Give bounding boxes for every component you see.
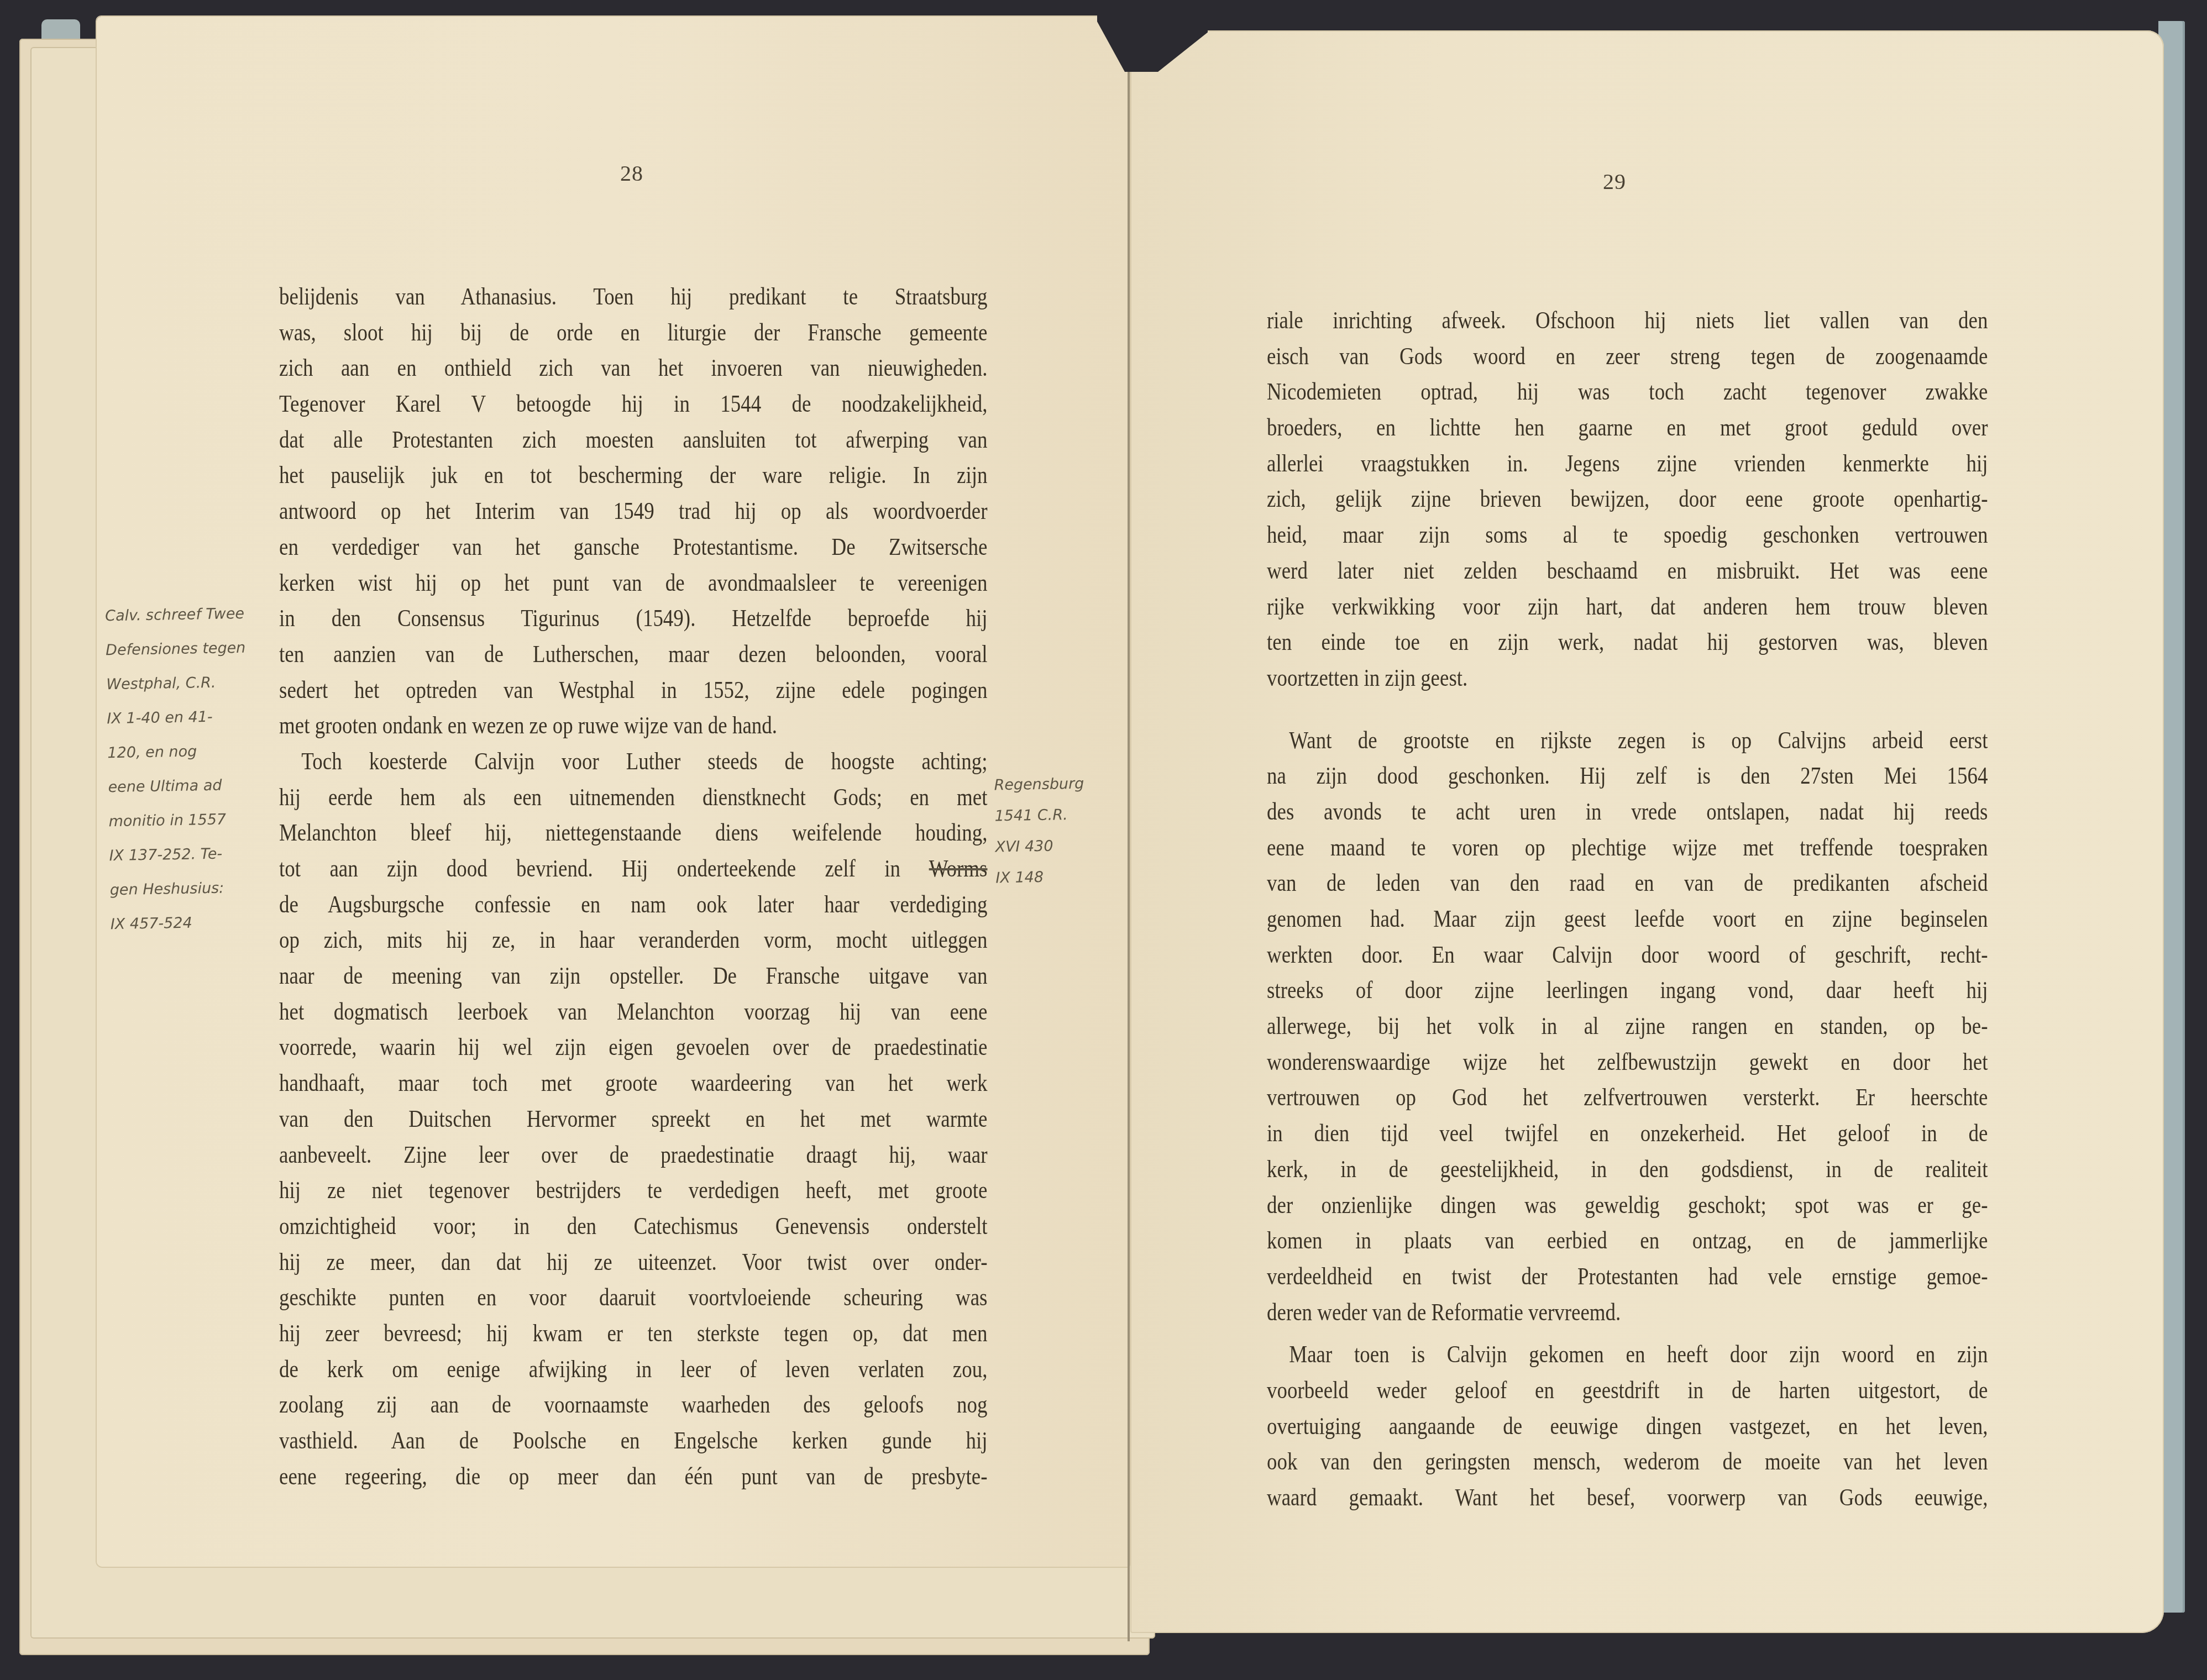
text-line: eene regeering, die op meer dan één punt… bbox=[279, 1459, 987, 1495]
text-line: hij ze niet tegenover bestrijders te ver… bbox=[279, 1173, 987, 1209]
handwritten-margin-note-left: Calv. schreef TweeDefensiones tegenWestp… bbox=[105, 597, 251, 942]
text-line: en verdediger van het gansche Protestant… bbox=[279, 529, 987, 565]
text-line: Tegenover Karel V betoogde hij in 1544 d… bbox=[279, 386, 987, 422]
text-line: vasthield. Aan de Poolsche en Engelsche … bbox=[279, 1423, 987, 1459]
left-page-text: belijdenis van Athanasius. Toen hij pred… bbox=[279, 279, 988, 1494]
text-line: voortzetten in zijn geest. bbox=[1267, 660, 1988, 696]
cover-edge-left bbox=[41, 19, 80, 41]
handwritten-line: Defensiones tegen bbox=[106, 631, 246, 668]
text-line: op zich, mits hij ze, in haar veranderde… bbox=[279, 922, 987, 958]
handwritten-line: IX 457-524 bbox=[110, 905, 250, 942]
handwritten-line: Regensburg bbox=[994, 769, 1084, 801]
text-line: riale inrichting afweek. Ofschoon hij ni… bbox=[1267, 303, 1988, 339]
text-line: vertrouwen op God het zelfvertrouwen ver… bbox=[1267, 1080, 1988, 1116]
text-line: ten aanzien van de Lutherschen, maar dez… bbox=[279, 637, 987, 673]
text-line: tot aan zijn dood bevriend. Hij ondertee… bbox=[279, 851, 987, 887]
text-line: Toch koesterde Calvijn voor Luther steed… bbox=[279, 744, 987, 780]
page-number-right: 29 bbox=[1603, 169, 1626, 195]
text-line: allerwege, bij het volk in al zijne rang… bbox=[1267, 1009, 1988, 1044]
handwritten-line: gen Heshusius: bbox=[109, 871, 250, 907]
text-line: sedert het optreden van Westphal in 1552… bbox=[279, 673, 987, 708]
text-line: geschikte punten en voor daaruit voortvl… bbox=[279, 1280, 987, 1316]
text-line: zoolang zij aan de voornaamste waarheden… bbox=[279, 1387, 987, 1423]
text-line: belijdenis van Athanasius. Toen hij pred… bbox=[279, 279, 987, 315]
book-gutter bbox=[1128, 50, 1130, 1641]
text-line: de Augsburgsche confessie en nam ook lat… bbox=[279, 887, 987, 923]
text-line: voorbeeld weder geloof en geestdrift in … bbox=[1267, 1373, 1988, 1409]
handwritten-line: 120, en nog bbox=[107, 734, 248, 770]
handwritten-line: monitio in 1557 bbox=[108, 802, 249, 839]
handwritten-line: IX 148 bbox=[995, 862, 1086, 894]
text-line: komen in plaats van eerbied en ontzag, e… bbox=[1267, 1223, 1988, 1259]
text-line: Melanchton bleef hij, niettegenstaande d… bbox=[279, 815, 987, 851]
text-line: in dien tijd veel twijfel en onzekerheid… bbox=[1267, 1116, 1988, 1152]
paragraph-gap bbox=[1267, 1330, 1988, 1337]
text-line: na zijn dood geschonken. Hij zelf is den… bbox=[1267, 758, 1988, 794]
text-line: van den Duitschen Hervormer spreekt en h… bbox=[279, 1101, 987, 1137]
text-line: deren weder van de Reformatie vervreemd. bbox=[1267, 1295, 1988, 1331]
text-line: verdeeldheid en twist der Protestanten h… bbox=[1267, 1259, 1988, 1295]
text-line: rijke verkwikking voor zijn hart, dat an… bbox=[1267, 589, 1988, 625]
text-line: Want de grootste en rijkste zegen is op … bbox=[1267, 723, 1988, 759]
text-line: hij ze meer, dan dat hij ze uiteenzet. V… bbox=[279, 1245, 987, 1280]
text-line: Maar toen is Calvijn gekomen en heeft do… bbox=[1267, 1337, 1988, 1373]
text-line: wonderenswaardige wijze het zelfbewustzi… bbox=[1267, 1044, 1988, 1080]
handwritten-line: Westphal, C.R. bbox=[106, 665, 247, 702]
handwritten-line: Calv. schreef Twee bbox=[105, 597, 245, 633]
text-line: allerlei vraagstukken in. Jegens zijne v… bbox=[1267, 446, 1988, 482]
text-line: met grooten ondank en wezen ze op ruwe w… bbox=[279, 708, 987, 744]
text-line: handhaaft, maar toch met groote waardeer… bbox=[279, 1065, 987, 1101]
text-line: waard gemaakt. Want het besef, voorwerp … bbox=[1267, 1480, 1988, 1516]
text-line: van de leden van den raad en van de pred… bbox=[1267, 865, 1988, 901]
handwritten-line: 1541 C.R. bbox=[994, 800, 1085, 832]
text-line: ook van den geringsten mensch, wederom d… bbox=[1267, 1444, 1988, 1480]
text-line: werkten door. En waar Calvijn door woord… bbox=[1267, 937, 1988, 973]
handwritten-line: eene Ultima ad bbox=[108, 768, 248, 805]
text-line: de kerk om eenige afwijking in leer of l… bbox=[279, 1352, 987, 1388]
text-line: werd later niet zelden beschaamd en misb… bbox=[1267, 553, 1988, 589]
handwritten-line: IX 137-252. Te- bbox=[109, 837, 249, 873]
text-line: het dogmatisch leerboek van Melanchton v… bbox=[279, 994, 987, 1030]
text-line: eene maand te voren op plechtige wijze m… bbox=[1267, 830, 1988, 866]
text-line: ten einde toe en zijn werk, nadat hij ge… bbox=[1267, 624, 1988, 660]
text-line: antwoord op het Interim van 1549 trad hi… bbox=[279, 494, 987, 529]
struck-word: Worms bbox=[929, 855, 988, 882]
text-line: hij zeer bevreesd; hij kwam er ten sterk… bbox=[279, 1316, 987, 1352]
text-line: omzichtigheid voor; in den Catechismus G… bbox=[279, 1209, 987, 1245]
text-line: zich, gelijk zijne brieven bewijzen, doo… bbox=[1267, 481, 1988, 517]
text-line: heid, maar zijn soms al te spoedig gesch… bbox=[1267, 517, 1988, 553]
text-line: broeders, en lichtte hen gaarne en met g… bbox=[1267, 410, 1988, 446]
handwritten-line: IX 1-40 en 41- bbox=[107, 700, 247, 736]
text-line: het pauselijk juk en tot bescherming der… bbox=[279, 458, 987, 494]
text-line: kerken wist hij op het punt van de avond… bbox=[279, 565, 987, 601]
text-line: des avonds te acht uren in vrede ontslap… bbox=[1267, 794, 1988, 830]
text-line: zich aan en onthield zich van het invoer… bbox=[279, 350, 987, 386]
text-line: der onzienlijke dingen was geweldig gesc… bbox=[1267, 1188, 1988, 1224]
text-line: naar de meening van zijn opsteller. De F… bbox=[279, 958, 987, 994]
text-line: in den Consensus Tigurinus (1549). Hetze… bbox=[279, 601, 987, 637]
text-line: overtuiging aangaande de eeuwige dingen … bbox=[1267, 1409, 1988, 1445]
handwritten-margin-note-right: Regensburg1541 C.R.XVI 430IX 148 bbox=[994, 769, 1086, 894]
text-line: was, sloot hij bij de orde en liturgie d… bbox=[279, 315, 987, 351]
paragraph-gap bbox=[1267, 696, 1988, 723]
text-line: eisch van Gods woord en zeer streng tege… bbox=[1267, 339, 1988, 375]
right-page-text: riale inrichting afweek. Ofschoon hij ni… bbox=[1267, 303, 1988, 1516]
text-line: streeks of door zijne leerlingen ingang … bbox=[1267, 973, 1988, 1009]
text-line: voorrede, waarin hij wel zijn eigen gevo… bbox=[279, 1030, 987, 1065]
text-line: genomen had. Maar zijn geest leefde voor… bbox=[1267, 901, 1988, 937]
text-line: aanbeveelt. Zijne leer over de praedesti… bbox=[279, 1137, 987, 1173]
text-line: kerk, in de geestelijkheid, in den godsd… bbox=[1267, 1152, 1988, 1188]
text-line: dat alle Protestanten zich moesten aansl… bbox=[279, 422, 987, 458]
text-line: hij eerde hem als een uitnemenden dienst… bbox=[279, 780, 987, 816]
page-number-left: 28 bbox=[620, 160, 643, 186]
handwritten-line: XVI 430 bbox=[995, 831, 1086, 863]
text-line: Nicodemieten optrad, hij was toch zacht … bbox=[1267, 374, 1988, 410]
